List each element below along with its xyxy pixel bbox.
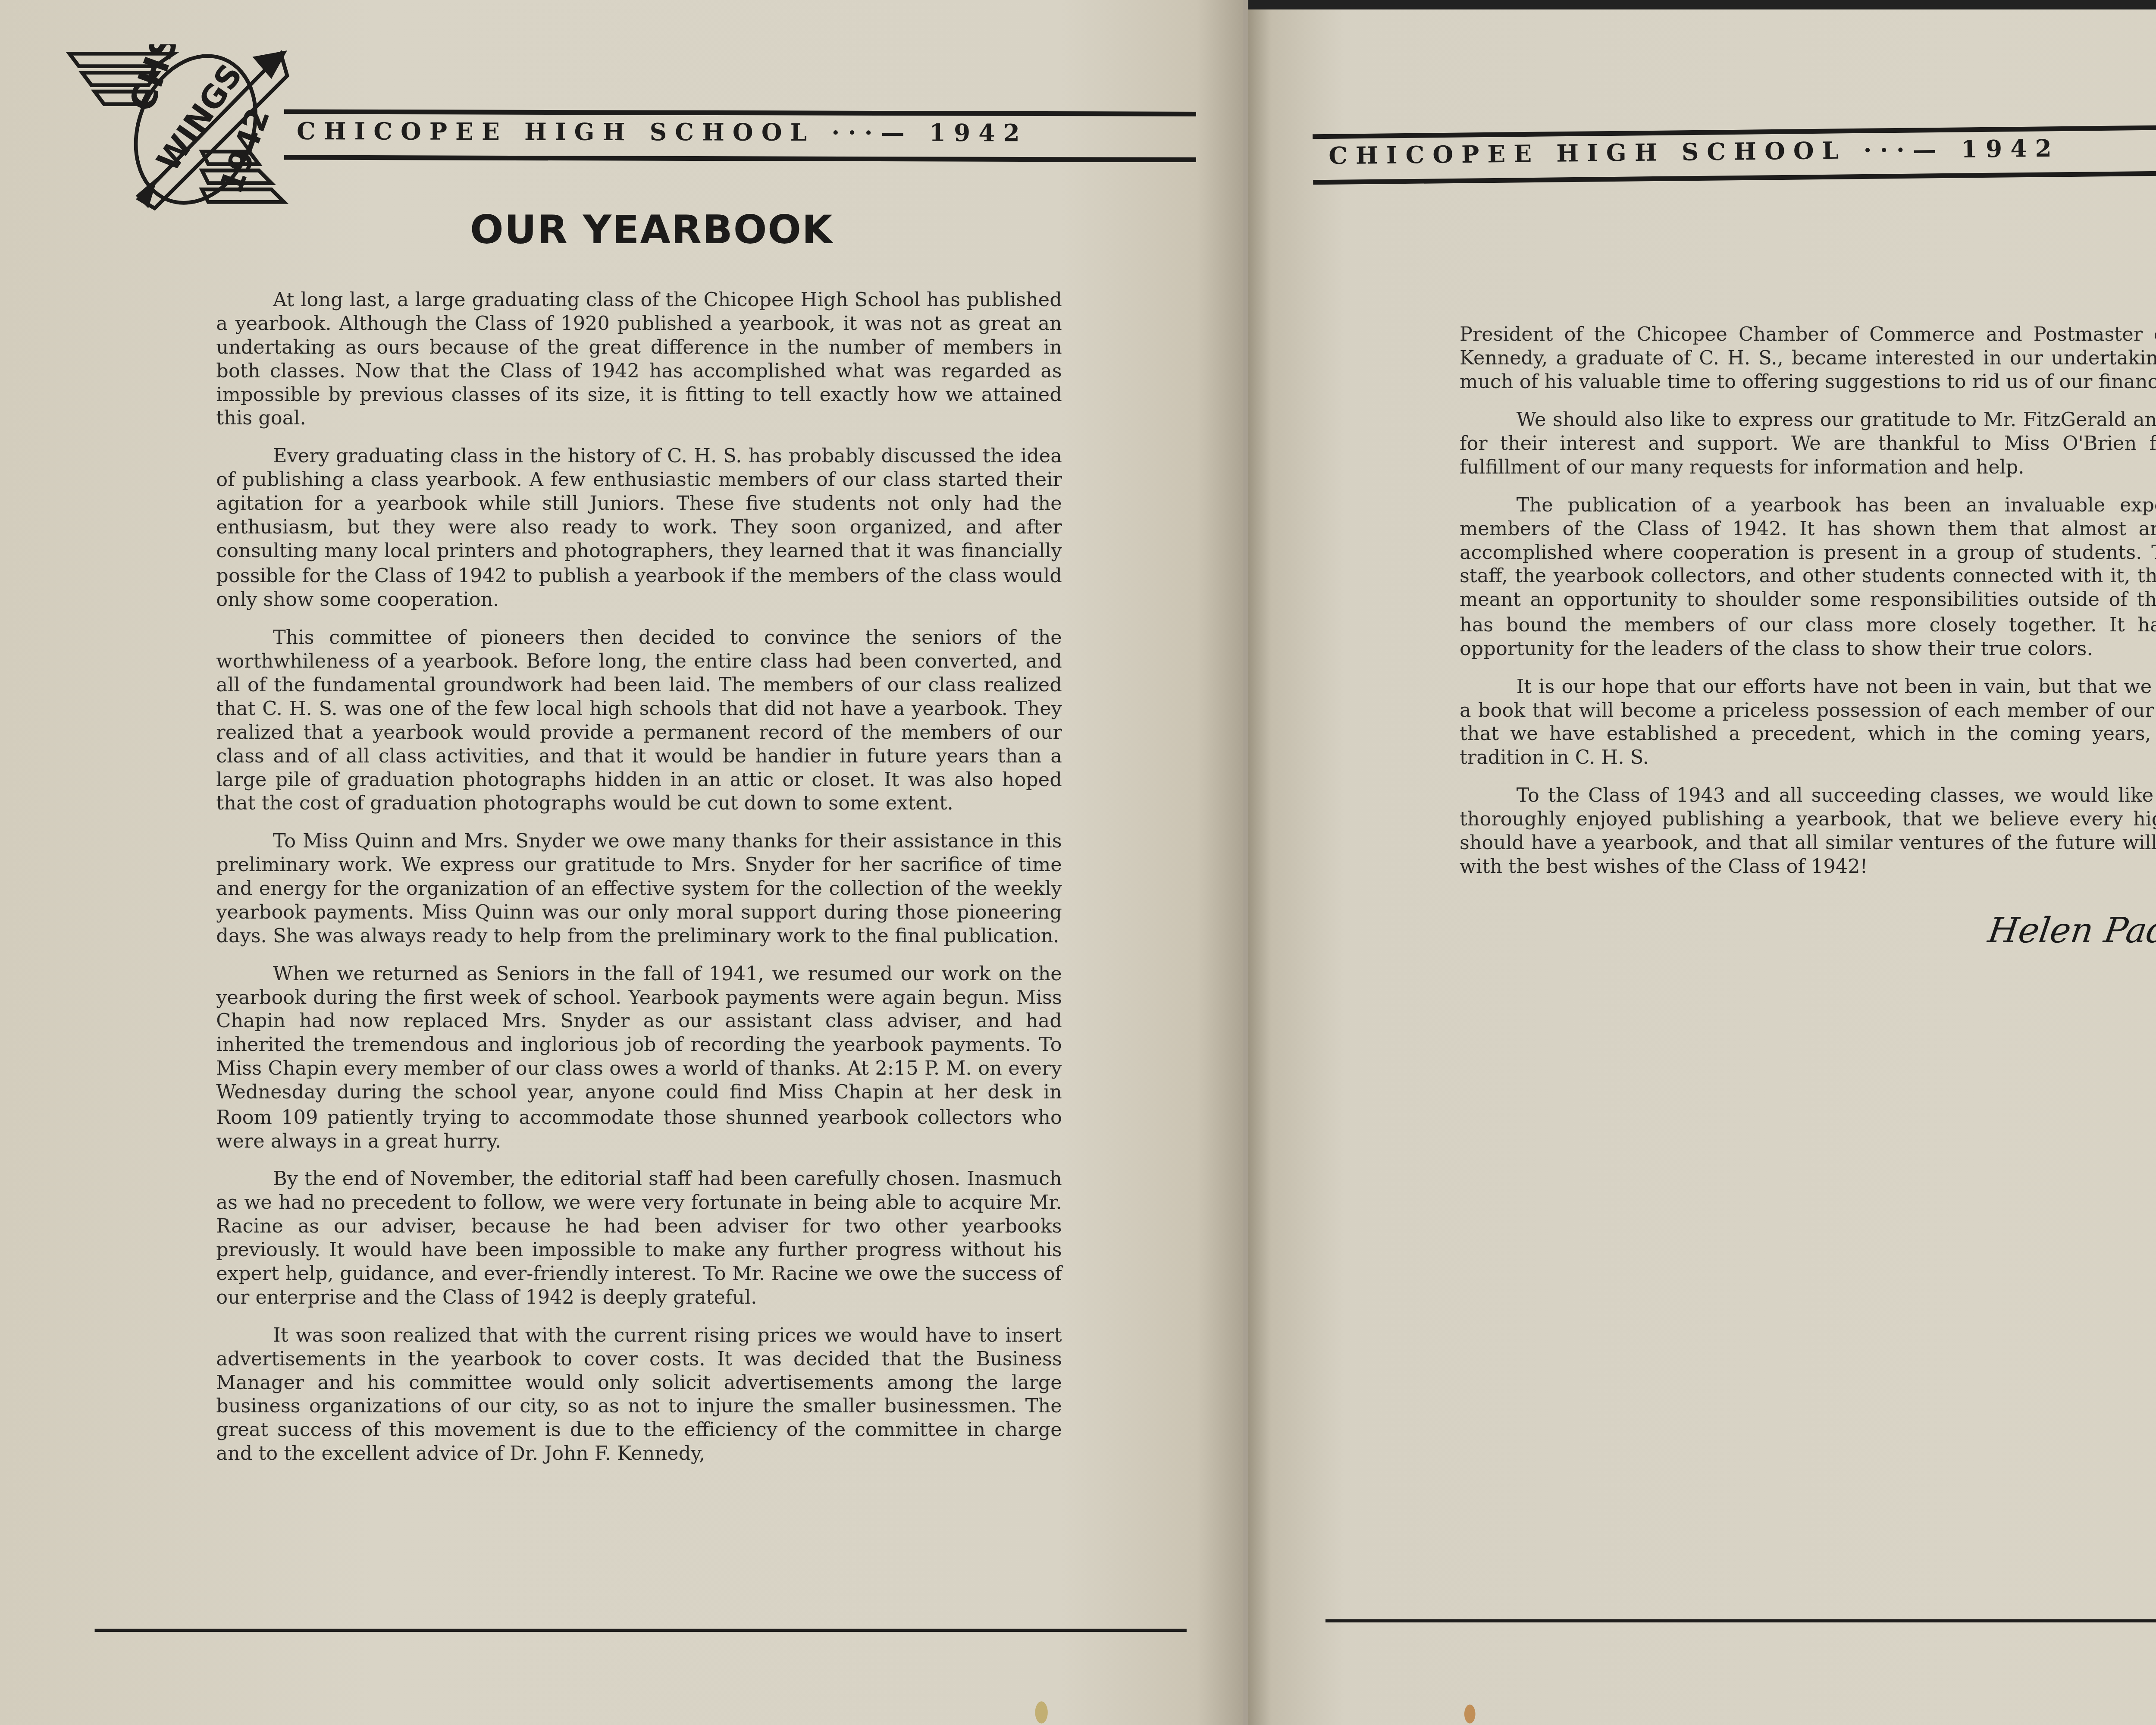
paragraph: President of the Chicopee Chamber of Com… (1460, 323, 2156, 395)
book-spine (1244, 0, 1248, 1725)
signature: Helen Padykula (1985, 912, 2156, 951)
paragraph: To Miss Quinn and Mrs. Snyder we owe man… (216, 830, 1062, 949)
paragraph: It is our hope that our efforts have not… (1460, 675, 2156, 770)
footer-rule (95, 1629, 1187, 1632)
paragraph: We should also like to express our grati… (1460, 409, 2156, 480)
paragraph: Every graduating class in the history of… (216, 445, 1062, 612)
chs-wings-logo-icon: CHS WINGS 1942 (63, 44, 300, 214)
paragraph: To the Class of 1943 and all succeeding … (1460, 784, 2156, 879)
header-banner: CHICOPEE HIGH SCHOOL ···— 1942 (1313, 125, 2156, 185)
chs-wings-logo-icon: CHS WINGS 1942 (2152, 47, 2156, 221)
left-page: CHS WINGS 1942 CHICOPEE HIGH SCHOOL ···—… (0, 0, 1247, 1725)
paragraph: This committee of pioneers then decided … (216, 626, 1062, 816)
right-page: CHICOPEE HIGH SCHOOL ···— 1942 CHS WINGS… (1247, 0, 2156, 1725)
paragraph: The publication of a yearbook has been a… (1460, 495, 2156, 661)
left-body-text: At long last, a large graduating class o… (216, 289, 1062, 1481)
paper-stain (1464, 1704, 1476, 1723)
paragraph: By the end of November, the editorial st… (216, 1167, 1062, 1310)
paragraph: When we returned as Seniors in the fall … (216, 963, 1062, 1153)
paragraph: It was soon realized that with the curre… (216, 1324, 1062, 1466)
header-banner-text: CHICOPEE HIGH SCHOOL ···— 1942 (1329, 134, 2060, 170)
header-banner: CHICOPEE HIGH SCHOOL ···— 1942 (284, 109, 1196, 162)
cover-edge (1247, 0, 2156, 9)
right-body-text: President of the Chicopee Chamber of Com… (1460, 323, 2156, 893)
page-title: OUR YEARBOOK (0, 207, 1247, 252)
header-banner-text: CHICOPEE HIGH SCHOOL ···— 1942 (297, 117, 1028, 147)
yearbook-spread: CHS WINGS 1942 CHICOPEE HIGH SCHOOL ···—… (0, 0, 2156, 1725)
paper-stain (1035, 1701, 1048, 1723)
footer-rule (1326, 1619, 2156, 1622)
paragraph: At long last, a large graduating class o… (216, 289, 1062, 431)
